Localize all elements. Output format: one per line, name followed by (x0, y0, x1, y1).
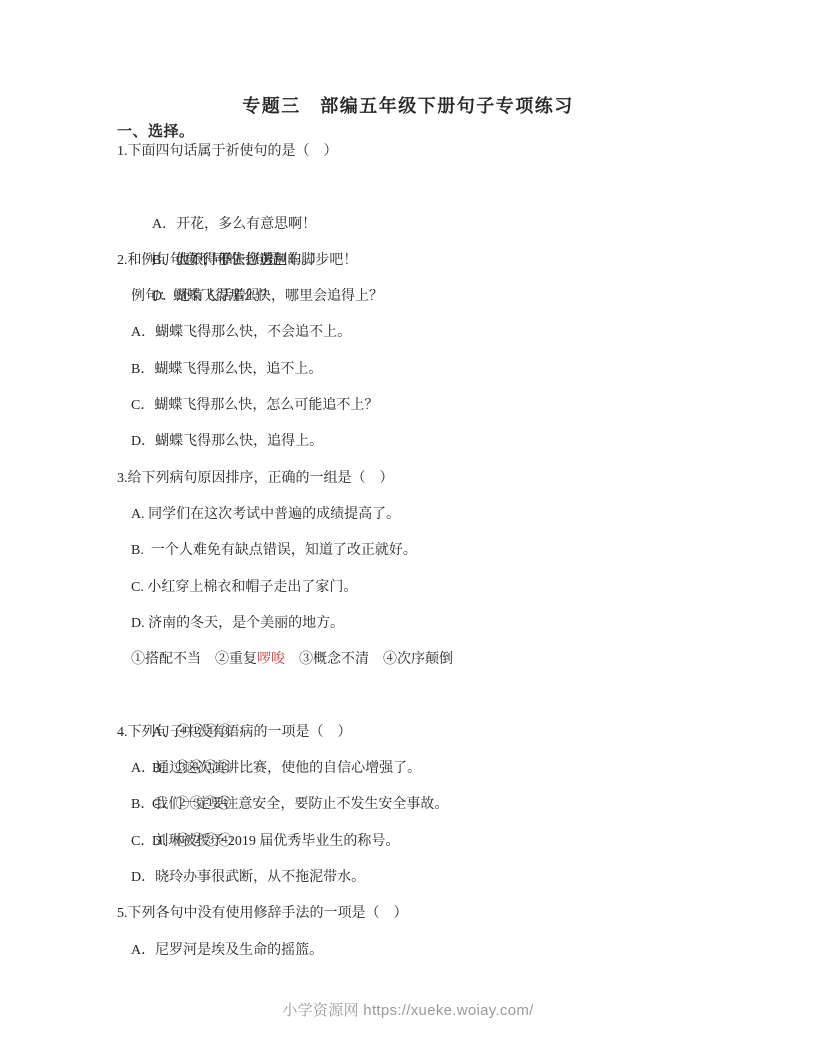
question-3-error-types-line: ①搭配不当 ②重复啰唆 ③概念不清 ④次序颠倒 (117, 642, 737, 678)
question-2-option-c: C．蝴蝶飞得那么快，怎么可能追不上？ (117, 388, 737, 424)
question-4-stem: 4.下列句子中没有语病的一项是（ ） (117, 715, 737, 751)
question-5-stem: 5.下列各句中没有使用修辞手法的一项是（ ） (117, 896, 737, 932)
worksheet-content: 1.下面四句话属于祈使句的是（ ） A．开花，多么有意思啊！ B．他不得不去拉黄… (117, 134, 737, 969)
question-1-options-row-1: A．开花，多么有意思啊！ B．他不得不去拉黄包车。 (117, 170, 737, 206)
question-4-option-b: B．我们一定要注意安全，要防止不发生安全事故。 (117, 787, 737, 823)
question-4-option-d: D．晓玲办事很武断，从不拖泥带水。 (117, 860, 737, 896)
question-3-answer-row: A．④②①③ B．③④①② C．②③①④ D．①②③④ (117, 678, 737, 714)
question-4-option-c: C．刘琳被授予 2019 届优秀毕业生的称号。 (117, 824, 737, 860)
question-5-option-a: A．尼罗河是埃及生命的摇篮。 (117, 933, 737, 969)
question-3-option-d: D. 济南的冬天，是个美丽的地方。 (117, 606, 737, 642)
question-3-stem: 3.给下列病句原因排序，正确的一组是（ ） (117, 461, 737, 497)
footer-site-link: 小学资源网 https://xueke.woiay.com/ (0, 999, 816, 1020)
error-types-red-highlight: 啰唆 (257, 652, 285, 667)
error-types-post: ③概念不清 ④次序颠倒 (285, 652, 453, 667)
question-1-stem: 1.下面四句话属于祈使句的是（ ） (117, 134, 737, 170)
page-title: 专题三 部编五年级下册句子专项练习 (0, 92, 816, 118)
question-2-stem: 2.和例句句意不同的一句是（ ） (117, 243, 737, 279)
question-3-option-c: C. 小红穿上棉衣和帽子走出了家门。 (117, 570, 737, 606)
question-4-option-a: A．通过这次演讲比赛，使他的自信心增强了。 (117, 751, 737, 787)
question-2-example: 例句：蝴蝶飞得那么快，哪里会追得上？ (117, 279, 737, 315)
question-3-option-b: B. 一个人难免有缺点错误，知道了改正就好。 (117, 533, 737, 569)
question-2-option-a: A．蝴蝶飞得那么快，不会追不上。 (117, 315, 737, 351)
question-1-option-a: A．开花，多么有意思啊！ (152, 207, 386, 243)
error-types-pre: ①搭配不当 ②重复 (131, 652, 257, 667)
worksheet-page: 专题三 部编五年级下册句子专项练习 一、选择。 1.下面四句话属于祈使句的是（ … (0, 0, 816, 1056)
question-2-option-d: D．蝴蝶飞得那么快，追得上。 (117, 424, 737, 460)
question-2-option-b: B．蝴蝶飞得那么快，追不上。 (117, 352, 737, 388)
question-3-option-a: A. 同学们在这次考试中普遍的成绩提高了。 (117, 497, 737, 533)
